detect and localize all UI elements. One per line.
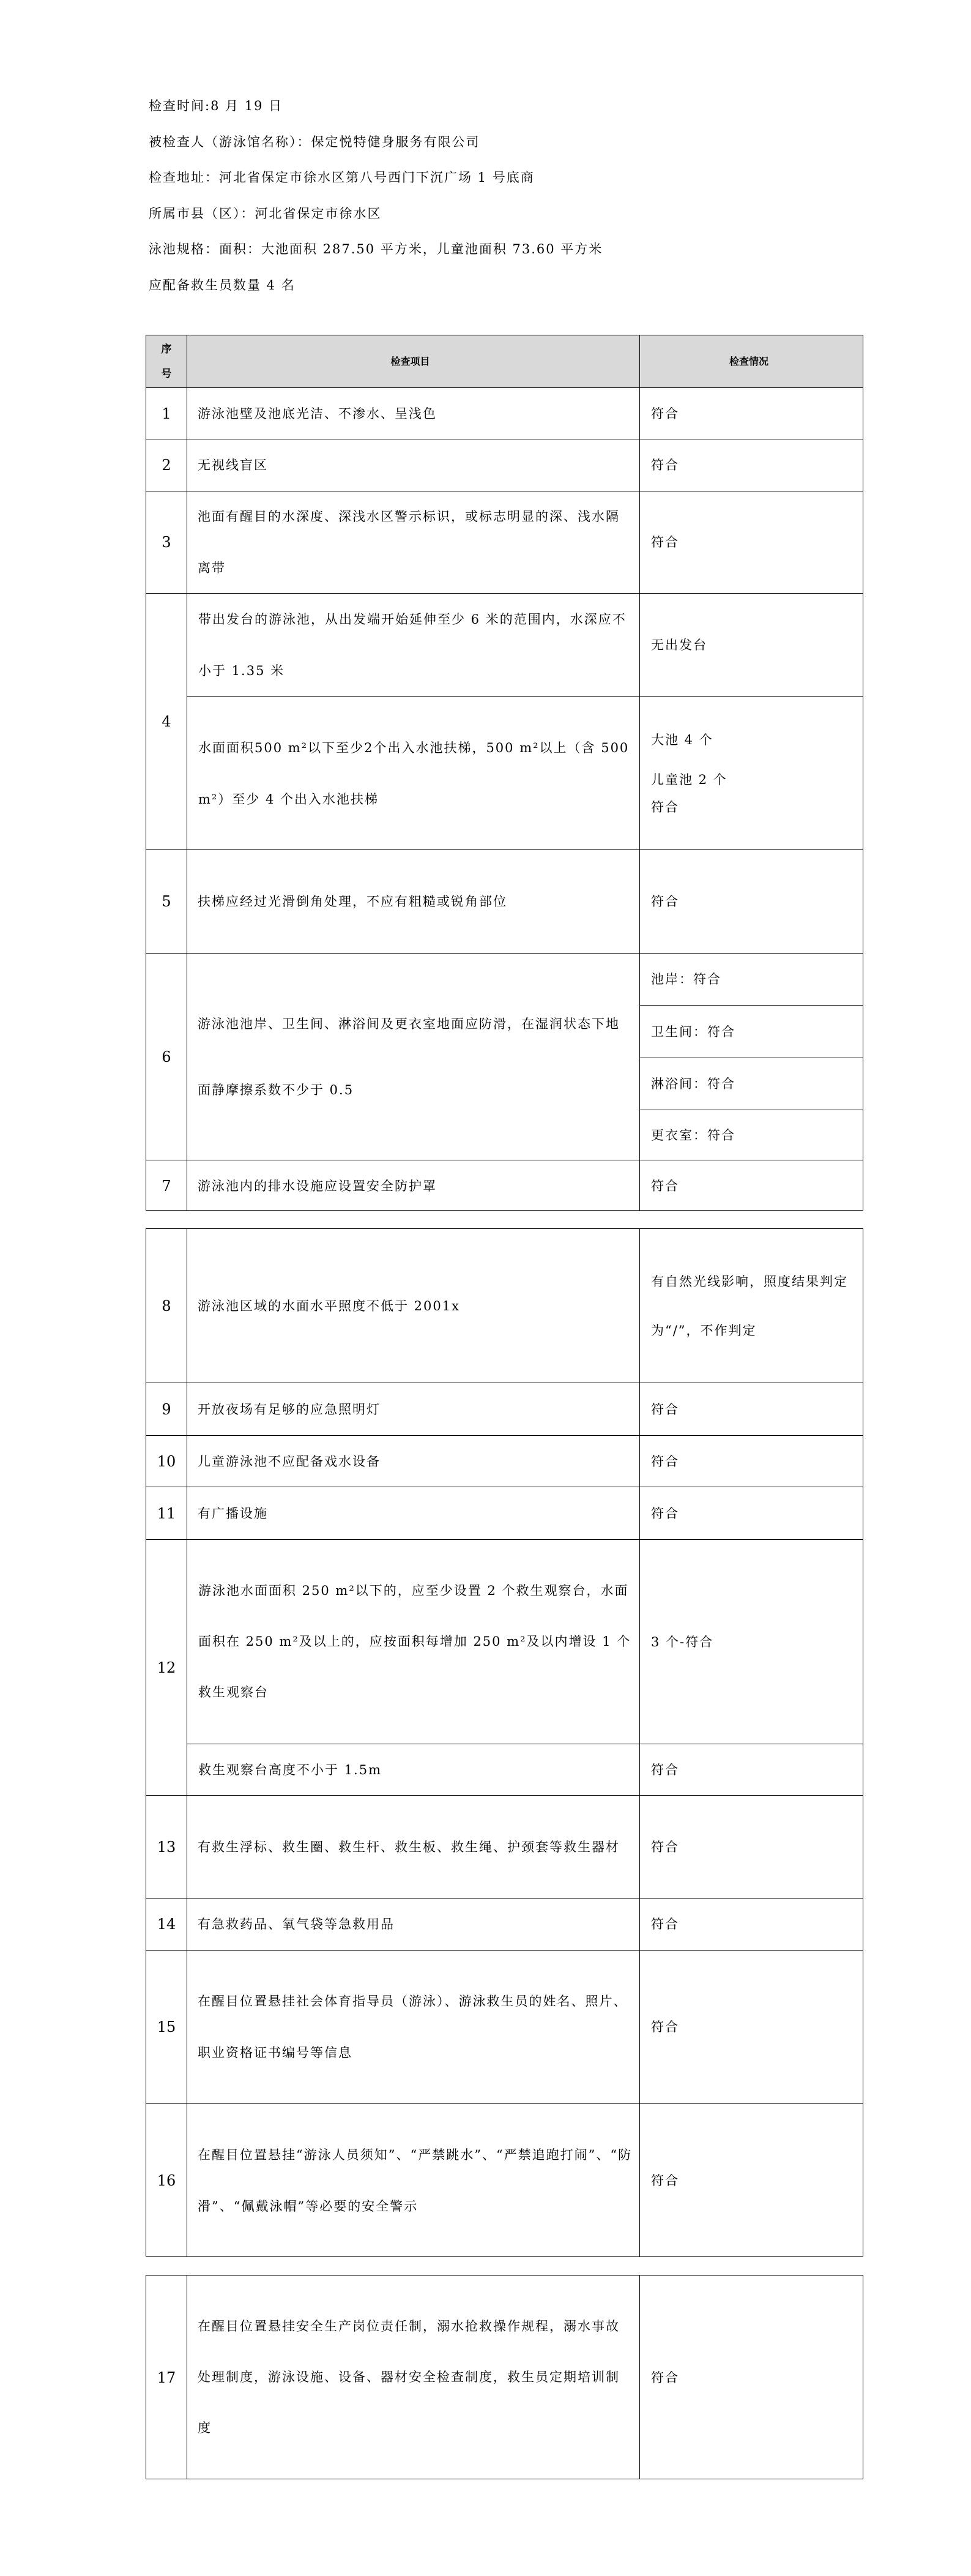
row-result: 符合: [639, 388, 863, 439]
sub-row-result: 淋浴间：符合: [640, 1058, 863, 1110]
row-item: 开放夜场有足够的应急照明灯: [187, 1383, 639, 1435]
row-number: 15: [146, 1951, 187, 2103]
table-row: 3 池面有醒目的水深度、深浅水区警示标识，或标志明显的深、浅水隔离带 符合: [146, 491, 863, 593]
result-line: 大池 4 个: [651, 734, 727, 747]
row-item-text: 在醒目位置悬挂社会体育指导员（游泳）、游泳救生员的姓名、照片、职业资格证书编号等…: [198, 1976, 633, 2078]
table-row: 10 儿童游泳池不应配备戏水设备 符合: [146, 1435, 863, 1487]
table-row: 1 游泳池壁及池底光洁、不渗水、呈浅色 符合: [146, 387, 863, 439]
row-result-lines: 大池 4 个 儿童池 2 个 符合: [651, 734, 727, 814]
result-line: 儿童池 2 个: [651, 774, 727, 786]
row-result: 有自然光线影响，照度结果判定为“/”，不作判定: [639, 1229, 863, 1383]
sub-row-result: 3 个-符合: [640, 1540, 863, 1744]
table-row: 14 有急救药品、氧气袋等急救用品 符合: [146, 1898, 863, 1950]
sub-row-item: 游泳池水面面积 250 m²以下的，应至少设置 2 个救生观察台，水面面积在 2…: [187, 1540, 639, 1744]
row-number: 10: [146, 1436, 187, 1487]
row-number: 9: [146, 1383, 187, 1435]
column-header-no-line1: 序: [162, 337, 172, 362]
row-item-text: 有救生浮标、救生圈、救生杆、救生板、救生绳、护颈套等救生器材: [198, 1821, 620, 1873]
row-number: 3: [146, 491, 187, 593]
row-item-text: 在醒目位置悬挂安全生产岗位责任制，溺水抢救操作规程，溺水事故处理制度，游泳设施、…: [198, 2301, 633, 2454]
table-row: 15 在醒目位置悬挂社会体育指导员（游泳）、游泳救生员的姓名、照片、职业资格证书…: [146, 1950, 863, 2103]
column-header-result: 检查情况: [639, 335, 863, 387]
row-item: 在醒目位置悬挂社会体育指导员（游泳）、游泳救生员的姓名、照片、职业资格证书编号等…: [187, 1951, 639, 2103]
row-result-group: 池岸：符合 卫生间：符合 淋浴间：符合 更衣室：符合: [639, 954, 863, 1160]
table-row: 8 游泳池区域的水面水平照度不低于 2001x 有自然光线影响，照度结果判定为“…: [146, 1229, 863, 1383]
row-number: 14: [146, 1898, 187, 1950]
row-item-text: 游泳池池岸、卫生间、淋浴间及更衣室地面应防滑，在湿润状态下地面静摩擦系数不少于 …: [198, 991, 633, 1123]
sub-row-result: 更衣室：符合: [640, 1110, 863, 1160]
row-result: 符合: [639, 1898, 863, 1950]
result-line: 符合: [651, 801, 727, 814]
table-row: 9 开放夜场有足够的应急照明灯 符合: [146, 1383, 863, 1435]
row-result-group: 3 个-符合 符合: [639, 1540, 863, 1795]
row-item: 扶梯应经过光滑倒角处理，不应有粗糙或锐角部位: [187, 850, 639, 953]
row-result-text: 池岸：符合: [651, 954, 721, 1004]
row-item: 有广播设施: [187, 1487, 639, 1539]
row-result: 符合: [639, 1436, 863, 1487]
row-result: 符合: [639, 2275, 863, 2479]
row-item-text: 扶梯应经过光滑倒角处理，不应有粗糙或锐角部位: [198, 876, 507, 927]
sub-row-result: 无出发台: [640, 594, 863, 696]
row-number: 4: [146, 594, 187, 849]
row-number: 6: [146, 954, 187, 1160]
sub-row-item: 水面面积500 m²以下至少2个出入水池扶梯，500 m²以上（含 500 m²…: [187, 696, 639, 850]
row-item: 游泳池区域的水面水平照度不低于 2001x: [187, 1229, 639, 1383]
row-number: 7: [146, 1160, 187, 1211]
table-row: 16 在醒目位置悬挂“游泳人员须知”、“严禁跳水”、“严禁追跑打闹”、“防滑”、…: [146, 2103, 863, 2257]
row-item: 池面有醒目的水深度、深浅水区警示标识，或标志明显的深、浅水隔离带: [187, 491, 639, 593]
sub-row-result: 大池 4 个 儿童池 2 个 符合: [640, 696, 863, 850]
row-number: 8: [146, 1229, 187, 1383]
row-item-group: 带出发台的游泳池，从出发端开始延伸至少 6 米的范围内，水深应不小于 1.35 …: [187, 594, 639, 849]
row-item-text: 救生观察台高度不小于 1.5m: [198, 1744, 382, 1796]
row-result-text: 3 个-符合: [651, 1617, 713, 1667]
table-row: 12 游泳池水面面积 250 m²以下的，应至少设置 2 个救生观察台，水面面积…: [146, 1539, 863, 1795]
row-number: 13: [146, 1796, 187, 1898]
row-number: 5: [146, 850, 187, 953]
row-item: 在醒目位置悬挂“游泳人员须知”、“严禁跳水”、“严禁追跑打闹”、“防滑”、“佩戴…: [187, 2104, 639, 2257]
row-number: 1: [146, 388, 187, 439]
row-result: 符合: [639, 491, 863, 593]
row-result-group: 无出发台 大池 4 个 儿童池 2 个 符合: [639, 594, 863, 849]
row-number: 17: [146, 2275, 187, 2479]
row-item: 有救生浮标、救生圈、救生杆、救生板、救生绳、护颈套等救生器材: [187, 1796, 639, 1898]
row-item: 无视线盲区: [187, 439, 639, 491]
row-item: 有急救药品、氧气袋等急救用品: [187, 1898, 639, 1950]
row-result: 符合: [639, 1951, 863, 2103]
pool-spec: 泳池规格：面积：大池面积 287.50 平方米，儿童池面积 73.60 平方米: [149, 240, 603, 258]
row-result-text: 无出发台: [651, 620, 707, 670]
sub-row-result: 池岸：符合: [640, 954, 863, 1005]
table-row: 11 有广播设施 符合: [146, 1487, 863, 1539]
table-row: 2 无视线盲区 符合: [146, 439, 863, 491]
row-item: 游泳池池岸、卫生间、淋浴间及更衣室地面应防滑，在湿润状态下地面静摩擦系数不少于 …: [187, 954, 639, 1160]
row-result-text: 卫生间：符合: [651, 1007, 735, 1057]
row-item-text: 游泳池水面面积 250 m²以下的，应至少设置 2 个救生观察台，水面面积在 2…: [198, 1566, 633, 1718]
row-result: 符合: [639, 2104, 863, 2257]
table-row: 4 带出发台的游泳池，从出发端开始延伸至少 6 米的范围内，水深应不小于 1.3…: [146, 593, 863, 849]
sub-row-item: 带出发台的游泳池，从出发端开始延伸至少 6 米的范围内，水深应不小于 1.35 …: [187, 594, 639, 696]
row-result-text: 符合: [651, 1745, 679, 1795]
column-header-no-line2: 号: [162, 362, 172, 386]
inspection-table-part-2: 8 游泳池区域的水面水平照度不低于 2001x 有自然光线影响，照度结果判定为“…: [146, 1228, 863, 2257]
row-item-text: 在醒目位置悬挂“游泳人员须知”、“严禁跳水”、“严禁追跑打闹”、“防滑”、“佩戴…: [198, 2129, 633, 2232]
column-header-item: 检查项目: [187, 335, 639, 387]
table-row: 17 在醒目位置悬挂安全生产岗位责任制，溺水抢救操作规程，溺水事故处理制度，游泳…: [146, 2275, 863, 2479]
lifeguards-required: 应配备救生员数量 4 名: [149, 276, 296, 294]
inspection-table-part-1: 序 号 检查项目 检查情况 1 游泳池壁及池底光洁、不渗水、呈浅色 符合 2 无…: [146, 335, 863, 1211]
sub-row-result: 卫生间：符合: [640, 1005, 863, 1058]
row-result-text: 淋浴间：符合: [651, 1059, 735, 1109]
row-number: 16: [146, 2104, 187, 2257]
inspection-time: 检查时间:8 月 19 日: [149, 97, 283, 115]
row-result-text: 更衣室：符合: [651, 1110, 735, 1160]
row-result: 符合: [639, 1383, 863, 1435]
table-header-row: 序 号 检查项目 检查情况: [146, 335, 863, 387]
row-item: 儿童游泳池不应配备戏水设备: [187, 1436, 639, 1487]
sub-row-result: 符合: [640, 1744, 863, 1796]
row-result: 符合: [639, 1487, 863, 1539]
row-result: 符合: [639, 850, 863, 953]
row-number: 2: [146, 439, 187, 491]
row-item: 在醒目位置悬挂安全生产岗位责任制，溺水抢救操作规程，溺水事故处理制度，游泳设施、…: [187, 2275, 639, 2479]
row-item-group: 游泳池水面面积 250 m²以下的，应至少设置 2 个救生观察台，水面面积在 2…: [187, 1540, 639, 1795]
sub-row-item: 救生观察台高度不小于 1.5m: [187, 1744, 639, 1796]
inspectee-name: 被检查人（游泳馆名称）：保定悦特健身服务有限公司: [149, 133, 480, 151]
row-item-text: 池面有醒目的水深度、深浅水区警示标识，或标志明显的深、浅水隔离带: [198, 491, 633, 594]
row-number: 12: [146, 1540, 187, 1795]
row-result: 符合: [639, 1160, 863, 1211]
table-row: 6 游泳池池岸、卫生间、淋浴间及更衣室地面应防滑，在湿润状态下地面静摩擦系数不少…: [146, 953, 863, 1160]
row-result: 符合: [639, 439, 863, 491]
row-result: 符合: [639, 1796, 863, 1898]
table-row: 7 游泳池内的排水设施应设置安全防护罩 符合: [146, 1160, 863, 1211]
table-row: 5 扶梯应经过光滑倒角处理，不应有粗糙或锐角部位 符合: [146, 849, 863, 953]
row-item: 游泳池壁及池底光洁、不渗水、呈浅色: [187, 388, 639, 439]
row-item-text: 水面面积500 m²以下至少2个出入水池扶梯，500 m²以上（含 500 m²…: [198, 722, 633, 825]
inspection-table-part-3: 17 在醒目位置悬挂安全生产岗位责任制，溺水抢救操作规程，溺水事故处理制度，游泳…: [146, 2275, 863, 2479]
row-number: 11: [146, 1487, 187, 1539]
inspection-address: 检查地址：河北省保定市徐水区第八号西门下沉广场 1 号底商: [149, 168, 535, 187]
row-item: 游泳池内的排水设施应设置安全防护罩: [187, 1160, 639, 1211]
row-result-text: 有自然光线影响，照度结果判定为“/”，不作判定: [651, 1257, 858, 1355]
row-item-text: 带出发台的游泳池，从出发端开始延伸至少 6 米的范围内，水深应不小于 1.35 …: [198, 594, 639, 696]
district: 所属市县（区）：河北省保定市徐水区: [149, 204, 382, 223]
column-header-no: 序 号: [146, 335, 187, 387]
table-row: 13 有救生浮标、救生圈、救生杆、救生板、救生绳、护颈套等救生器材 符合: [146, 1795, 863, 1898]
